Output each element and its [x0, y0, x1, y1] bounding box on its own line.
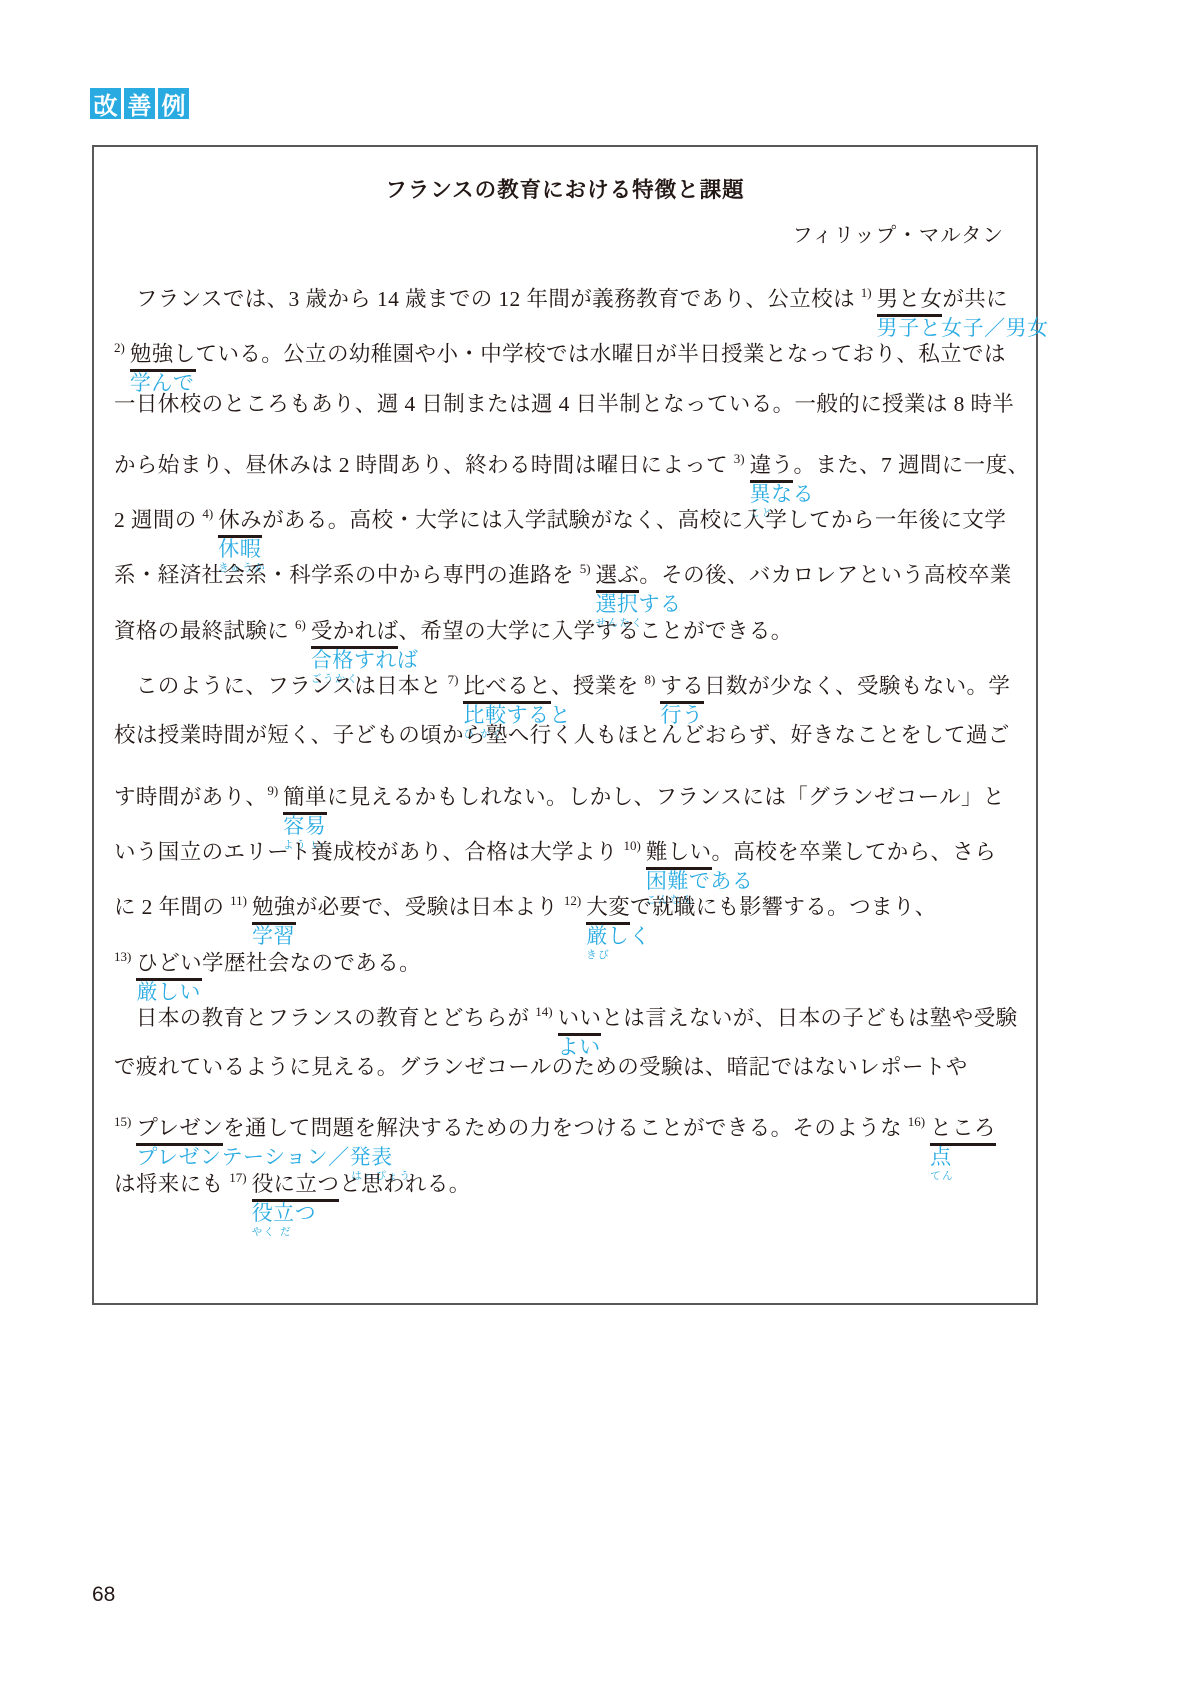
annotation-number: 3) [734, 451, 745, 466]
annotated-word: 2)勉強し学んで [114, 342, 196, 366]
essay-line: 13)ひどい厳しい学歴社会なのである。 [114, 943, 1016, 998]
text-segment: す時間があり、 [114, 785, 267, 809]
annotation-number: 11) [230, 893, 247, 908]
annotated-word: 13)ひどい厳しい [114, 951, 202, 975]
essay-author: フィリップ・マルタン [114, 218, 1016, 248]
improvement-example-badge: 改 善 例 [90, 88, 189, 119]
essay-line: 資格の最終試験に 6)受かれば合格すればごうかく、希望の大学に入学することができ… [114, 611, 1016, 666]
annotated-word: 4)休み休暇きゅうか [202, 508, 262, 532]
text-segment: 。また、7 週間に一度、 [793, 453, 1029, 477]
underlined-word: 勉強し学んで [130, 342, 196, 372]
text-segment: とは言えないが、日本の子どもは塾や受験 [601, 1006, 1017, 1030]
essay-title: フランスの教育における特徴と課題 [114, 173, 1016, 204]
text-segment: がある。高校・大学には入学試験がなく、高校に入学してから一年後に文学 [262, 508, 1006, 532]
correction-text: 役立つやく だ [252, 1203, 317, 1238]
annotated-word: 6)受かれば合格すればごうかく [295, 619, 398, 643]
text-segment: 、希望の大学に入学することができる。 [398, 619, 792, 643]
essay-line: 一日休校のところもあり、週 4 日制または週 4 日半制となっている。一般的に授… [114, 390, 1016, 445]
text-segment: に 2 年間の [114, 895, 230, 919]
underlined-word: 比べると比較するとひ かく [463, 674, 551, 704]
underlined-word: ひどい厳しい [136, 951, 202, 981]
text-segment: ている。公立の幼稚園や小・中学校では水曜日が半日授業となっており、私立では [196, 342, 1006, 366]
correction-word: 役立つ [252, 1202, 317, 1225]
text-segment: 日数が少なく、受験もない。学 [704, 674, 1010, 698]
underlined-word: 大変厳しくきび [586, 895, 630, 925]
essay-line: に 2 年間の 11)勉強学習が必要で、受験は日本より 12)大変厳しくきびで就… [114, 887, 1016, 942]
text-segment: 2 週間の [114, 508, 202, 532]
underlined-word: 役に立つ役立つやく だ [252, 1172, 340, 1202]
text-segment: は将来にも [114, 1172, 229, 1196]
badge-char: 例 [158, 88, 189, 119]
text-segment: 。その後、バカロレアという高校卒業 [639, 563, 1011, 587]
annotation-number: 6) [295, 617, 306, 632]
annotated-word: 10)難しい困難であるこんなん [623, 840, 711, 864]
text-segment: 。高校を卒業してから、さら [712, 840, 997, 864]
essay-line: 15)プレゼンプレゼンテーション／発表はっぴょうを通して問題を解決するための力を… [114, 1108, 1016, 1163]
essay-line: 系・経済社会系・科学系の中から専門の進路を 5)選ぶ選択するせんたく。その後、バ… [114, 555, 1016, 610]
annotated-word: 5)選ぶ選択するせんたく [580, 563, 640, 587]
annotation-number: 1) [861, 285, 872, 300]
annotation-number: 5) [580, 561, 591, 576]
text-segment: に見えるかもしれない。しかし、フランスには「グランゼコール」と [327, 785, 1005, 809]
underlined-word: 選ぶ選択するせんたく [596, 563, 640, 593]
essay-line: このように、フランスは日本と 7)比べると比較するとひ かく、授業を 8)する行… [114, 666, 1016, 721]
text-segment: で疲れているように見える。グランゼコールのための受験は、暗記ではないレポートや [114, 1055, 968, 1079]
annotated-word: 15)プレゼンプレゼンテーション／発表はっぴょう [114, 1116, 223, 1140]
text-segment: と思われる。 [339, 1172, 470, 1196]
annotation-number: 10) [623, 838, 640, 853]
underlined-word: 簡単容易よう い [283, 785, 327, 815]
badge-char: 改 [90, 88, 121, 119]
underlined-word: する行う [660, 674, 704, 704]
underlined-word: 難しい困難であるこんなん [646, 840, 712, 870]
essay-line: 2 週間の 4)休み休暇きゅうかがある。高校・大学には入学試験がなく、高校に入学… [114, 500, 1016, 555]
essay-line: は将来にも 17)役に立つ役立つやく だと思われる。 [114, 1164, 1016, 1219]
text-segment: を通して問題を解決するための力をつけることができる。そのような [223, 1116, 908, 1140]
annotated-word: 16)ところ点てん [908, 1116, 996, 1140]
annotation-number: 8) [644, 672, 655, 687]
annotated-word: 12)大変厳しくきび [564, 895, 630, 919]
essay-line: 校は授業時間が短く、子どもの頃から塾へ行く人もほとんどおらず、好きなことをして過… [114, 721, 1016, 776]
annotation-number: 9) [267, 783, 278, 798]
text-segment: 系・経済社会系・科学系の中から専門の進路を [114, 563, 580, 587]
annotated-word: 7)比べると比較するとひ かく [448, 674, 551, 698]
text-segment: いう国立のエリート養成校があり、合格は大学より [114, 840, 623, 864]
text-segment: 日本の教育とフランスの教育とどちらが [114, 1006, 535, 1030]
text-segment: 学歴社会なのである。 [202, 951, 421, 975]
annotated-word: 1)男と女男子と女子／男女 [861, 287, 943, 311]
underlined-word: いいよい [558, 1006, 602, 1036]
essay-box: フランスの教育における特徴と課題 フィリップ・マルタン フランスでは、3 歳から… [92, 145, 1038, 1305]
essay-line: いう国立のエリート養成校があり、合格は大学より 10)難しい困難であるこんなん。… [114, 832, 1016, 887]
underlined-word: 受かれば合格すればごうかく [311, 619, 399, 649]
annotated-word: 3)違う異なること [734, 453, 794, 477]
text-segment: 資格の最終試験に [114, 619, 295, 643]
essay-line: から始まり、昼休みは 2 時間あり、終わる時間は曜日によって 3)違う異なること… [114, 445, 1016, 500]
page-number: 68 [92, 1583, 115, 1607]
essay-line: フランスでは、3 歳から 14 歳までの 12 年間が義務教育であり、公立校は … [114, 279, 1016, 334]
text-segment: フランスでは、3 歳から 14 歳までの 12 年間が義務教育であり、公立校は [114, 287, 861, 311]
essay-line: で疲れているように見える。グランゼコールのための受験は、暗記ではないレポートや [114, 1053, 1016, 1108]
annotated-word: 14)いいよい [535, 1006, 601, 1030]
text-segment: 校は授業時間が短く、子どもの頃から塾へ行く人もほとんどおらず、好きなことをして過… [114, 723, 1010, 747]
annotation-number: 14) [535, 1004, 552, 1019]
essay-line: す時間があり、9)簡単容易よう いに見えるかもしれない。しかし、フランスには「グ… [114, 777, 1016, 832]
annotated-word: 8)する行う [644, 674, 704, 698]
annotated-word: 9)簡単容易よう い [267, 785, 327, 809]
annotated-word: 11)勉強学習 [230, 895, 296, 919]
text-segment: で就職にも影響する。つまり、 [630, 895, 937, 919]
underlined-word: プレゼンプレゼンテーション／発表はっぴょう [136, 1116, 223, 1146]
underlined-word: 男と女男子と女子／男女 [877, 287, 943, 317]
annotation-number: 12) [564, 893, 581, 908]
annotation-number: 15) [114, 1114, 131, 1129]
annotation-number: 13) [114, 949, 131, 964]
text-segment: このように、フランスは日本と [114, 674, 448, 698]
underlined-word: 勉強学習 [252, 895, 296, 925]
annotation-number: 17) [229, 1170, 246, 1185]
underlined-word: 違う異なること [750, 453, 794, 483]
text-segment: 一日休校のところもあり、週 4 日制または週 4 日半制となっている。一般的に授… [114, 392, 1014, 416]
underlined-word: 休み休暇きゅうか [218, 508, 262, 538]
badge-char: 善 [124, 88, 155, 119]
annotation-number: 7) [448, 672, 459, 687]
text-segment: から始まり、昼休みは 2 時間あり、終わる時間は曜日によって [114, 453, 734, 477]
text-segment: が共に [942, 287, 1008, 311]
annotated-word: 17)役に立つ役立つやく だ [229, 1172, 339, 1196]
annotation-number: 4) [202, 506, 213, 521]
essay-body: フランスでは、3 歳から 14 歳までの 12 年間が義務教育であり、公立校は … [114, 279, 1016, 1219]
essay-line: 2)勉強し学んでている。公立の幼稚園や小・中学校では水曜日が半日授業となっており… [114, 334, 1016, 389]
annotation-number: 2) [114, 340, 125, 355]
text-segment: 、授業を [551, 674, 644, 698]
underlined-word: ところ点てん [930, 1116, 996, 1146]
essay-line: 日本の教育とフランスの教育とどちらが 14)いいよいとは言えないが、日本の子ども… [114, 998, 1016, 1053]
text-segment: が必要で、受験は日本より [296, 895, 564, 919]
annotation-number: 16) [908, 1114, 925, 1129]
furigana: やく だ [252, 1227, 317, 1238]
